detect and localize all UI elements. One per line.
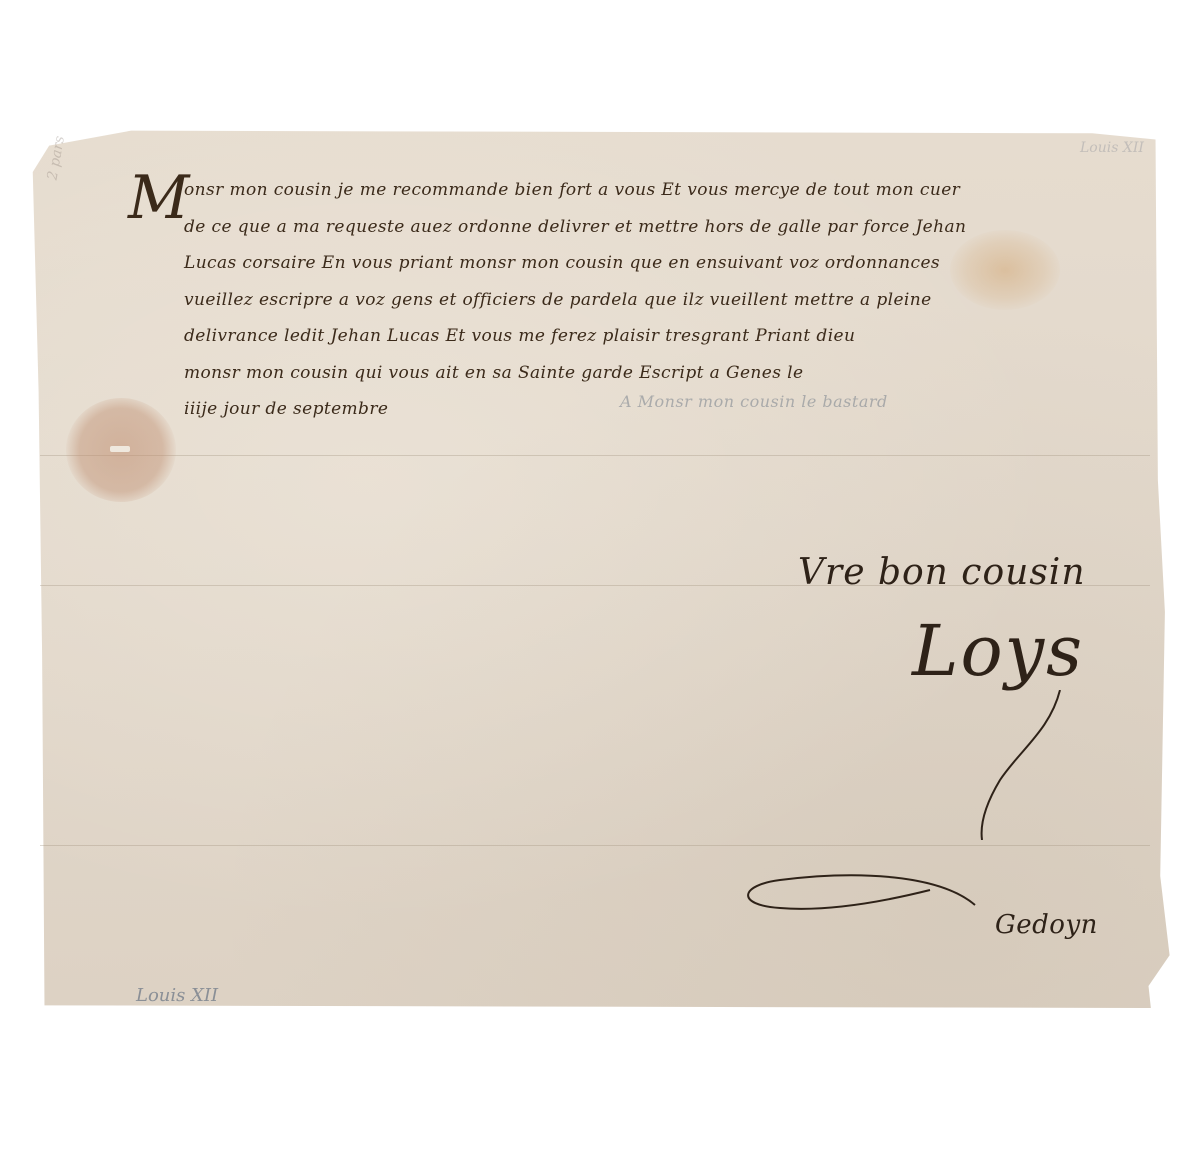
letter-line: delivrance ledit Jehan Lucas Et vous me …: [150, 318, 1020, 355]
fold-line: [40, 455, 1150, 456]
closing-phrase: Vre bon cousin: [798, 552, 1086, 593]
letter-line: Lucas corsaire En vous priant monsr mon …: [150, 245, 1020, 282]
letter-line: onsr mon cousin je me recommande bien fo…: [150, 172, 1020, 209]
letter-line: monsr mon cousin qui vous ait en sa Sain…: [150, 355, 1020, 392]
letter-line: de ce que a ma requeste auez ordonne del…: [150, 209, 1020, 246]
signature-flourish-icon: [960, 690, 1080, 840]
pencil-annotation-top-right: Louis XII: [1080, 140, 1144, 156]
seal-slit: [110, 446, 130, 452]
royal-signature: Loys: [912, 610, 1084, 692]
secretary-flourish-icon: [740, 870, 980, 920]
pencil-annotation-bottom-left: Louis XII: [136, 985, 218, 1006]
letter-line: vueillez escripre a voz gens et officier…: [150, 282, 1020, 319]
fold-line: [40, 845, 1150, 846]
address-endorsement: A Monsr mon cousin le bastard: [620, 392, 888, 411]
letter-line: iiije jour de septembre: [150, 391, 1020, 428]
letter-body: onsr mon cousin je me recommande bien fo…: [150, 172, 1020, 428]
secretary-countersignature: Gedoyn: [995, 910, 1098, 940]
